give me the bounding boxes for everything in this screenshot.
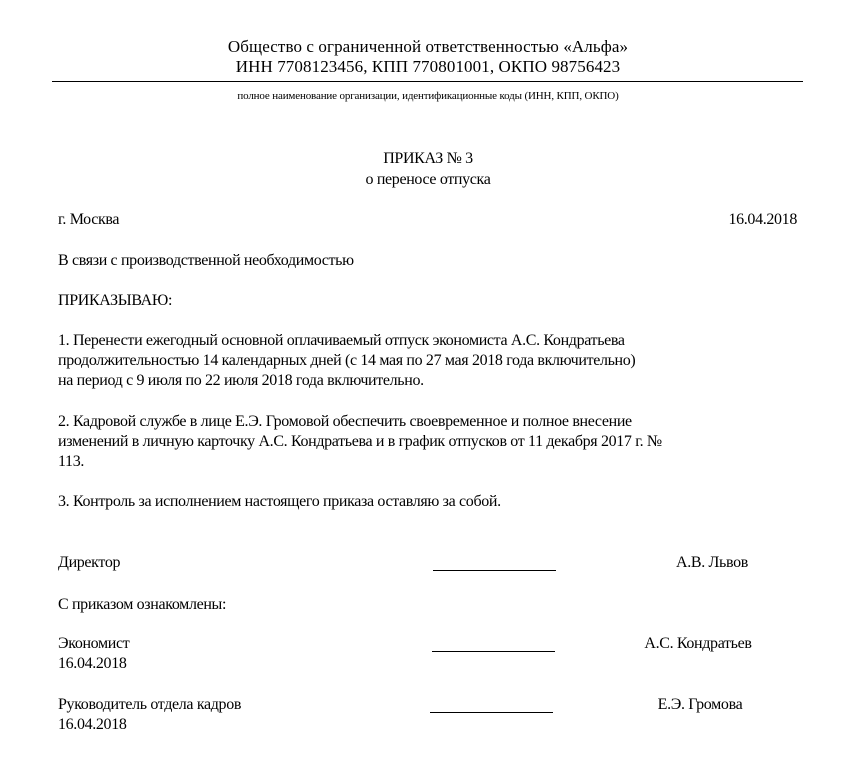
director-role: Директор — [58, 553, 120, 573]
order-item-line: 113. — [58, 452, 818, 472]
organization-caption: полное наименование организации, идентиф… — [0, 89, 852, 103]
order-item-1: 1. Перенести ежегодный основной оплачива… — [58, 331, 818, 391]
director-name: А.В. Львов — [622, 553, 802, 573]
header-divider — [52, 81, 803, 82]
order-item-line: 1. Перенести ежегодный основной оплачива… — [58, 331, 818, 351]
order-item-2: 2. Кадровой службе в лице Е.Э. Громовой … — [58, 412, 818, 472]
order-item-line: изменений в личную карточку А.С. Кондрат… — [58, 432, 818, 452]
economist-role: Экономист — [58, 634, 129, 654]
order-city: г. Москва — [58, 210, 119, 230]
order-subtitle: о переносе отпуска — [0, 170, 852, 190]
order-item-3: 3. Контроль за исполнением настоящего пр… — [58, 492, 818, 512]
order-date: 16.04.2018 — [728, 210, 797, 230]
economist-signature-line — [432, 651, 555, 652]
economist-sign-date: 16.04.2018 — [58, 654, 127, 674]
order-preamble: В связи с производственной необходимость… — [58, 251, 354, 271]
hr-head-name: Е.Э. Громова — [610, 695, 790, 715]
director-signature-line — [433, 570, 556, 571]
hr-head-sign-date: 16.04.2018 — [58, 715, 127, 735]
order-item-line: 2. Кадровой службе в лице Е.Э. Громовой … — [58, 412, 818, 432]
acquainted-label: С приказом ознакомлены: — [58, 595, 226, 615]
hr-head-signature-line — [430, 712, 553, 713]
order-item-line: на период с 9 июля по 22 июля 2018 года … — [58, 371, 818, 391]
organization-codes: ИНН 7708123456, КПП 770801001, ОКПО 9875… — [0, 57, 852, 77]
hr-head-role: Руководитель отдела кадров — [58, 695, 241, 715]
order-title: ПРИКАЗ № 3 — [0, 149, 852, 169]
order-item-line: продолжительностью 14 календарных дней (… — [58, 351, 818, 371]
order-directive-word: ПРИКАЗЫВАЮ: — [58, 291, 172, 311]
economist-name: А.С. Кондратьев — [608, 634, 788, 654]
organization-name: Общество с ограниченной ответственностью… — [0, 37, 852, 57]
order-item-line: 3. Контроль за исполнением настоящего пр… — [58, 492, 818, 512]
